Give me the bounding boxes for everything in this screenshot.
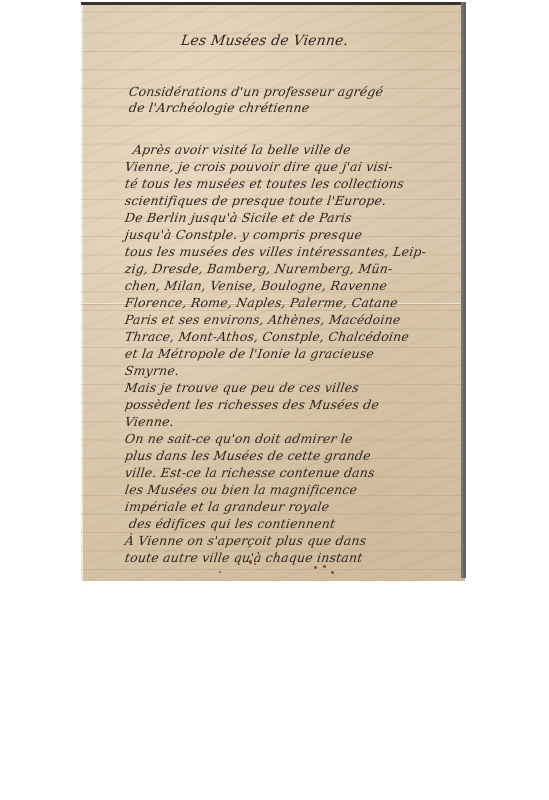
body-line: Smyrne. (124, 363, 180, 378)
body-line: impériale et la grandeur royale (124, 499, 330, 514)
page-edge-shadow (461, 2, 466, 578)
body-line: tous les musées des villes intéressantes… (124, 244, 427, 259)
manuscript-page: Les Musées de Vienne. Considérations d'u… (81, 2, 465, 581)
body-line: toute autre ville qu'à chaque instant (124, 550, 364, 565)
body-line: Vienne. (124, 414, 175, 429)
foxing-spot (314, 566, 317, 569)
body-line: Vienne, je crois pouvoir dire que j'ai v… (124, 159, 394, 174)
body-line: jusqu'à Constple. y compris presque (124, 227, 363, 242)
body-line: ville. Est-ce la richesse contenue dans (124, 465, 376, 480)
foxing-spot (323, 565, 326, 568)
body-line: plus dans les Musées de cette grande (124, 448, 372, 463)
body-line: À Vienne on s'aperçoit plus que dans (124, 533, 368, 548)
body-line: Florence, Rome, Naples, Palerme, Catane (124, 295, 399, 310)
body-line: possèdent les richesses des Musées de (124, 397, 380, 412)
foxing-spot (331, 571, 334, 574)
body-line: On ne sait-ce qu'on doit admirer le (124, 431, 354, 446)
body-line: zig, Dresde, Bamberg, Nuremberg, Mün- (124, 261, 394, 276)
body-line: chen, Milan, Venise, Boulogne, Ravenne (124, 278, 388, 293)
body-line: Thrace, Mont-Athos, Constple, Chalcédoin… (124, 329, 410, 344)
handwritten-text: Les Musées de Vienne. Considérations d'u… (81, 5, 465, 581)
body-line: Mais je trouve que peu de ces villes (124, 380, 360, 395)
body-line: Après avoir visité la belle ville de (132, 142, 352, 157)
document-title: Les Musées de Vienne. (180, 33, 350, 49)
subtitle-line: Considérations d'un professeur agrégé (128, 84, 384, 99)
body-line: scientifiques de presque toute l'Europe. (124, 193, 388, 208)
body-line: Paris et ses environs, Athènes, Macédoin… (124, 312, 402, 327)
subtitle-line: de l'Archéologie chrétienne (128, 100, 311, 115)
body-line: les Musées ou bien la magnificence (124, 482, 358, 497)
body-line: des édifices qui les contiennent (128, 516, 336, 531)
foxing-spot (249, 560, 252, 564)
body-line: De Berlin jusqu'à Sicile et de Paris (124, 210, 353, 225)
body-line: té tous les musées et toutes les collect… (124, 176, 405, 191)
body-line: et la Métropole de l'Ionie la gracieuse (124, 346, 375, 361)
foxing-spot (254, 563, 256, 565)
foxing-spot (219, 571, 221, 573)
